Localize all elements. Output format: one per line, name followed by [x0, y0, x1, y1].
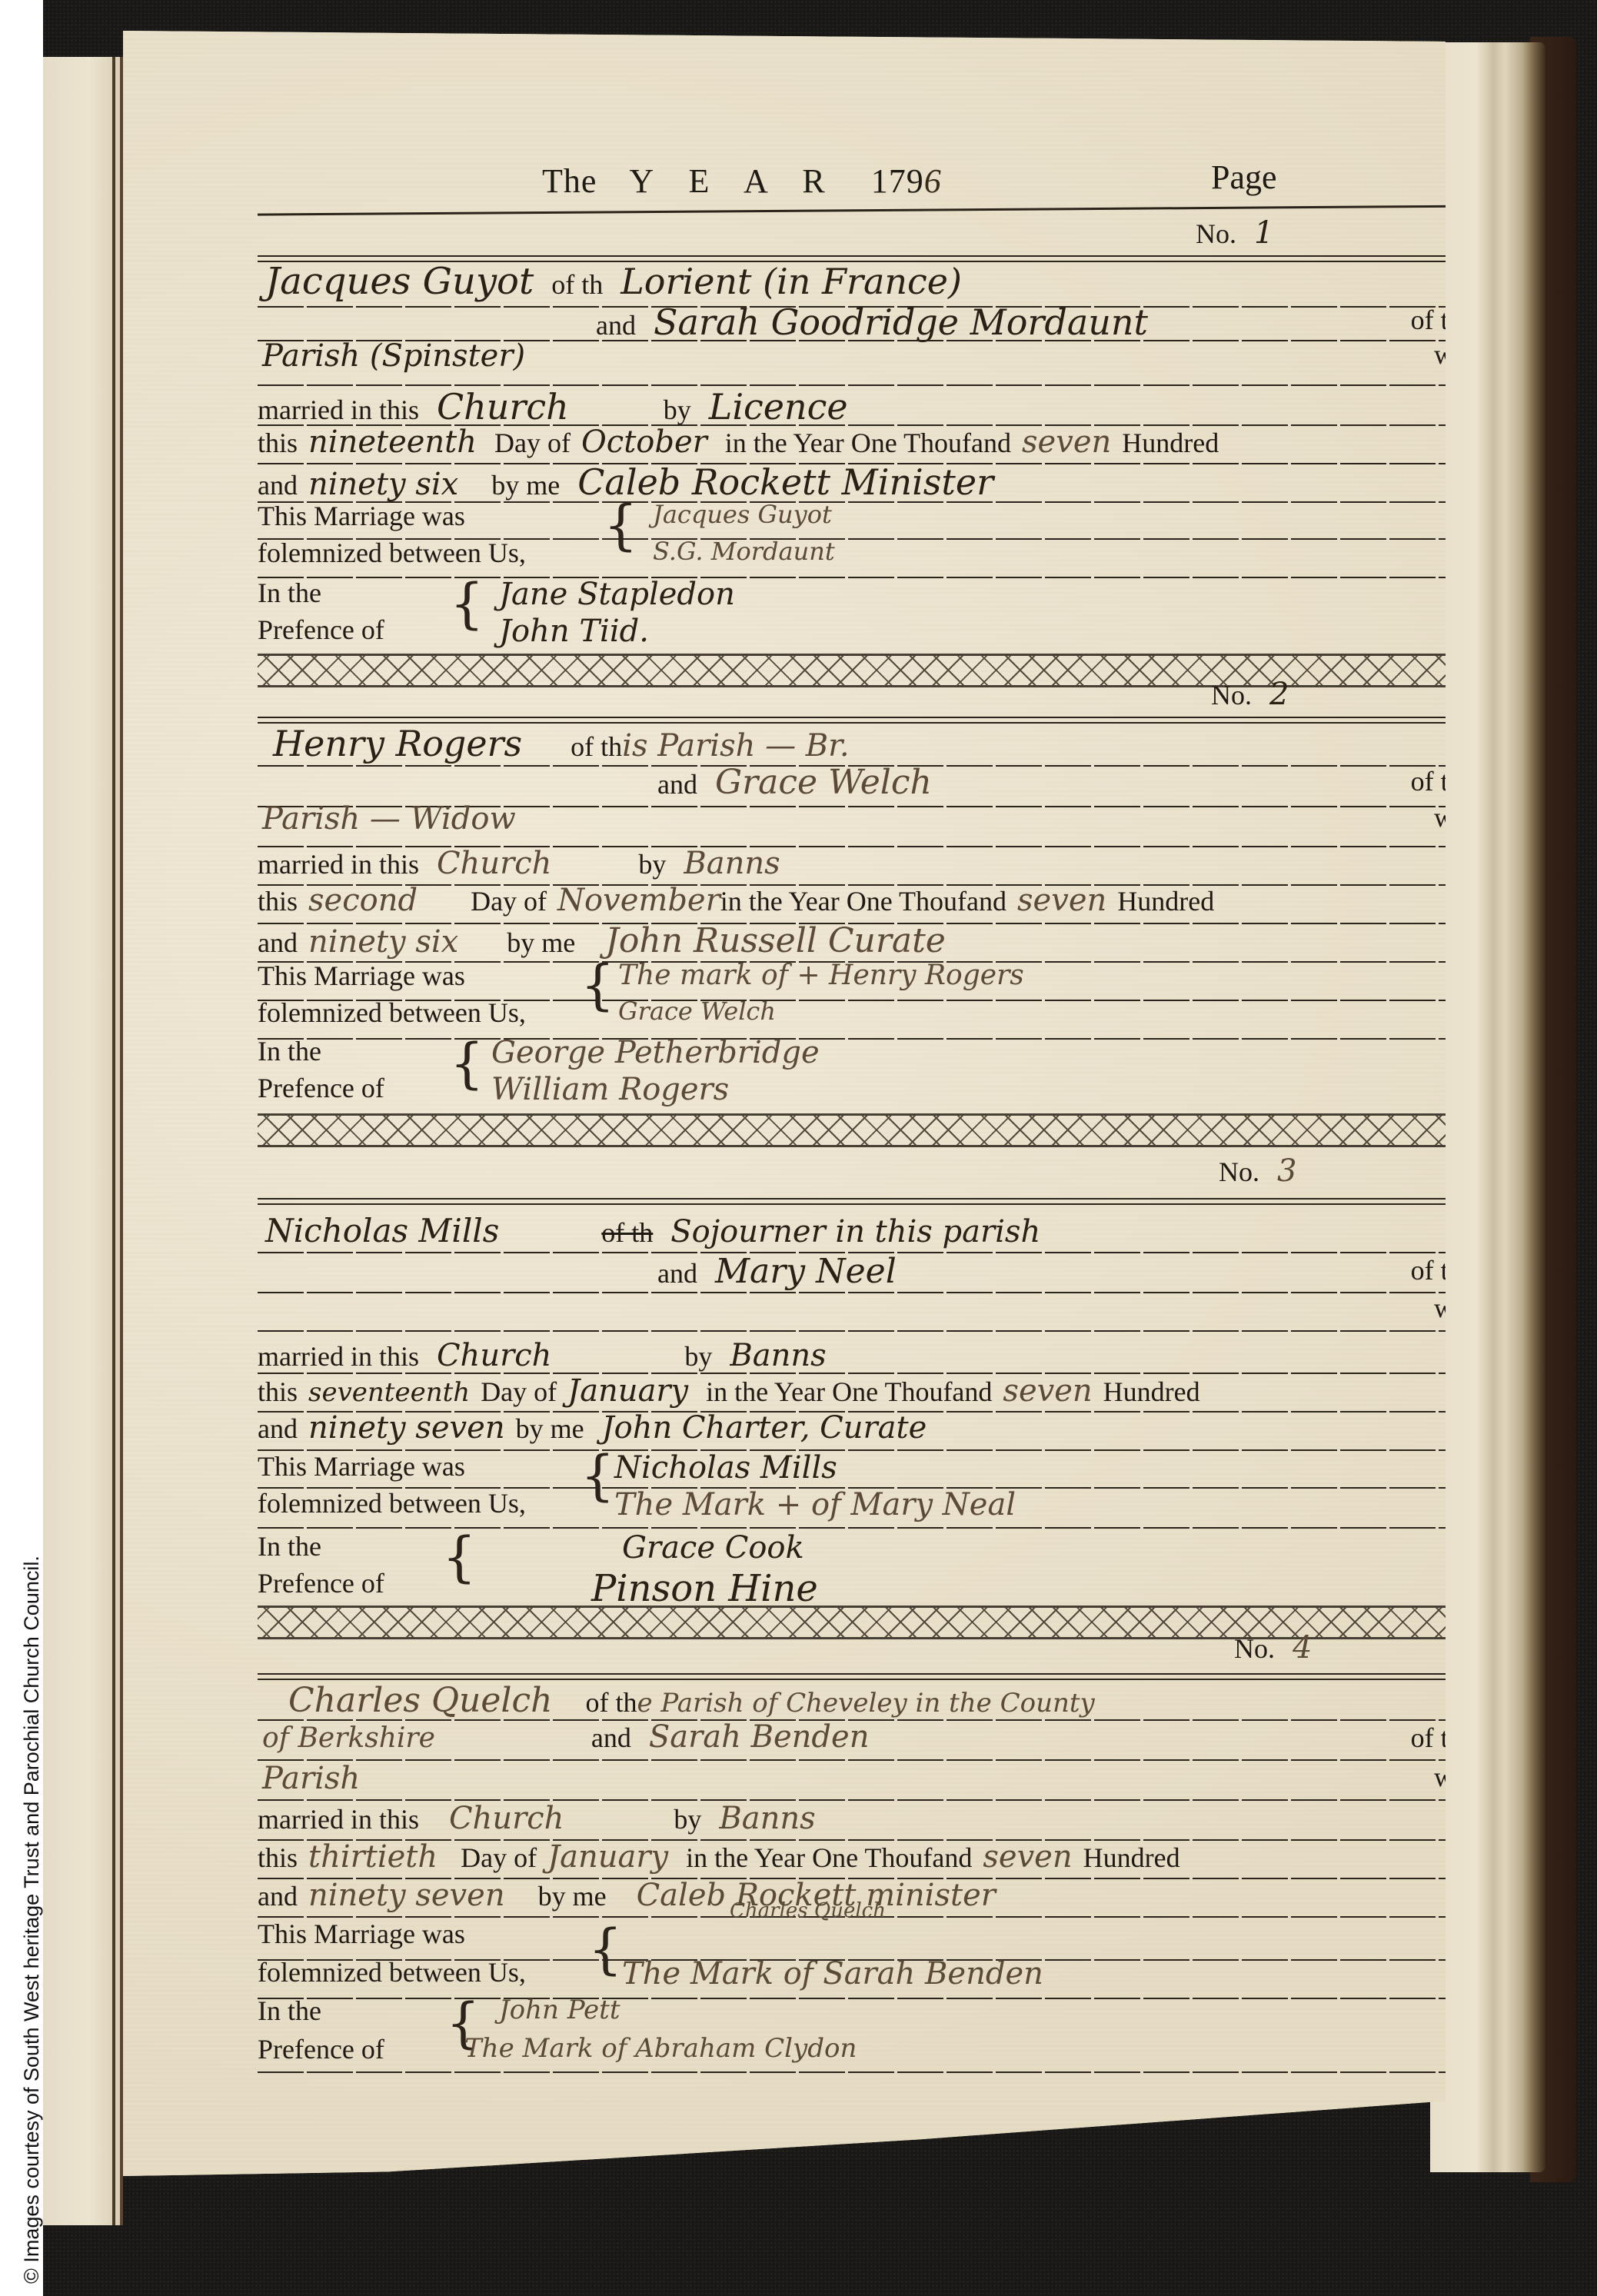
signature-line-1: This Marriage was Nicholas Mills [258, 1450, 1496, 1482]
register-page: The Y E A R 1796 Page No. 1 Jacques Guyo… [123, 31, 1446, 2176]
place-line: married in this Church by Banns [258, 1801, 1496, 1836]
signature-2: S.G. Mordaunt [653, 537, 835, 566]
signature-line-1: This Marriage was Charles Quelch [258, 1918, 1496, 1950]
by-method: Banns [719, 1801, 815, 1836]
bride-name: Grace Welch [715, 763, 932, 802]
signature-line-2: folemnized between Us, S.G. Mordaunt [258, 537, 1496, 569]
century: seven [1003, 1373, 1092, 1409]
signature-2: The Mark + of Mary Neal [614, 1487, 1016, 1522]
officiant-line: andninety six by me Caleb Rockett Minist… [258, 461, 1496, 503]
witness-line-1: In the John Pett [258, 1995, 1496, 2027]
witness-2: William Rogers [491, 1072, 729, 1107]
groom-line: Charles Quelch of the Parish of Cheveley… [258, 1681, 1496, 1720]
month: October [581, 424, 707, 460]
witness-1: George Petherbridge [491, 1035, 820, 1070]
officiant: John Russell Curate [605, 921, 946, 960]
groom-county: of Berkshire [262, 1722, 435, 1754]
witness-2: Pinson Hine [591, 1567, 818, 1610]
groom-parish: Lorient (in France) [621, 261, 962, 302]
signature-2: The Mark of Sarah Benden [622, 1956, 1043, 1992]
date-line: thisnineteenth Day ofOctober in the Year… [258, 424, 1496, 460]
signature-line-2: folemnized between Us, The Mark of Sarah… [258, 1956, 1496, 1988]
header-year-hand: 6 [924, 162, 942, 200]
ornamental-divider [258, 654, 1496, 687]
bride-line: and Sarah Goodridge Mordaunt of this [258, 301, 1496, 343]
month: January [567, 1373, 688, 1409]
witness-line-2: Prefence of The Mark of Abraham Clydon [258, 2033, 1496, 2065]
entry-number: No. 4 [1234, 1630, 1323, 1665]
bride-parish-line: were [258, 1292, 1496, 1327]
place-line: married in this Church by Banns [258, 846, 1496, 881]
header-year-printed: 179 [871, 162, 924, 200]
groom-parish: Sojourner in this parish [670, 1214, 1040, 1249]
signature-1: The mark of + Henry Rogers [618, 960, 1024, 991]
header-rule [258, 205, 1496, 215]
groom-name: Henry Rogers [273, 723, 522, 764]
officiant: Caleb Rockett Minister [577, 461, 993, 503]
year-words: ninety six [308, 467, 458, 502]
groom-name: Charles Quelch [288, 1681, 552, 1720]
day: nineteenth [308, 424, 477, 460]
groom-parish: is Parish — Br. [622, 728, 849, 764]
rule [258, 255, 1496, 257]
signature-line-1: This Marriage was Jacques Guyot [258, 500, 1496, 532]
page-label: Page [1211, 158, 1277, 197]
date-line: thisthirtiethDay ofJanuary in the Year O… [258, 1839, 1496, 1875]
witness-line-2: Prefence of William Rogers [258, 1072, 1496, 1104]
by-method: Licence [709, 386, 848, 428]
year-words: ninety seven [308, 1878, 505, 1913]
page-stack [1430, 42, 1545, 2172]
date-line: thissecond Day ofNovemberin the Year One… [258, 883, 1496, 918]
witness-2: The Mark of Abraham Clydon [464, 2033, 857, 2064]
bride-parish-line: Parish (Spinster) were [258, 338, 1496, 374]
signature-line-2: folemnized between Us, Grace Welch [258, 997, 1496, 1029]
officiant-line: andninety sevenby me John Charter, Curat… [258, 1410, 1496, 1446]
header-year-word: Y E A R [629, 162, 838, 200]
witness-line-1: In the George Petherbridge [258, 1035, 1496, 1067]
bride-parish: Parish (Spinster) [262, 338, 525, 374]
witness-1: John Pett [499, 1995, 621, 2025]
bride-line: and Mary Neel of this [258, 1252, 1496, 1291]
header-the: The [542, 162, 597, 200]
day: second [308, 883, 418, 918]
by-method: Banns [684, 846, 780, 881]
bride-name: Mary Neel [715, 1252, 897, 1291]
place-line: married in this Church by Licence [258, 386, 1496, 428]
groom-parish: e Parish of Cheveley in the County [637, 1688, 1094, 1719]
groom-name: Nicholas Mills [265, 1212, 499, 1249]
place: Church [449, 1801, 564, 1836]
bride-line: of Berkshire and Sarah Benden of this [258, 1719, 1496, 1755]
officiant-line: andninety six by me John Russell Curate [258, 921, 1496, 960]
bride-line: and Grace Welch of this [258, 763, 1496, 802]
month: November [557, 883, 720, 918]
groom-line: Henry Rogers of this Parish — Br. [258, 723, 1496, 764]
witness-1: Grace Cook [622, 1530, 804, 1566]
century: seven [1017, 883, 1106, 918]
bride-name: Sarah Goodridge Mordaunt [654, 301, 1148, 343]
witness-line-1: In the Jane Stapledon [258, 577, 1496, 609]
place-line: married in this Church by Banns [258, 1338, 1496, 1373]
officiant: John Charter, Curate [602, 1410, 927, 1446]
signature-1: Jacques Guyot [653, 500, 832, 529]
witness-1: Jane Stapledon [499, 577, 735, 612]
century: seven [1022, 424, 1111, 460]
year-words: ninety seven [308, 1410, 505, 1446]
entry-number: No. 3 [1219, 1153, 1307, 1189]
signature-2: Grace Welch [618, 997, 776, 1026]
entry-number: No. 1 [1196, 215, 1284, 251]
bride-parish: Parish [262, 1761, 360, 1796]
witness-2: John Tiid. [499, 614, 649, 649]
date-line: thisseventeenthDay ofJanuary in the Year… [258, 1373, 1496, 1409]
ornamental-divider [258, 1113, 1496, 1147]
entry-number: No. 2 [1211, 677, 1299, 712]
place: Church [437, 846, 551, 881]
witness-line-2: Prefence of Pinson Hine [258, 1567, 1496, 1599]
day: thirtieth [308, 1839, 438, 1875]
year-words: ninety six [308, 924, 458, 960]
month: January [547, 1839, 668, 1875]
groom-line: Nicholas Mills of th Sojourner in this p… [258, 1212, 1496, 1249]
groom-line: Jacques Guyot of th Lorient (in France) [258, 260, 1496, 303]
page-content: The Y E A R 1796 Page No. 1 Jacques Guyo… [258, 31, 1503, 2107]
witness-line-2: Prefence of John Tiid. [258, 614, 1496, 646]
by-method: Banns [730, 1338, 826, 1373]
signature-1: Charles Quelch [730, 1899, 886, 1922]
century: seven [983, 1839, 1072, 1875]
bride-parish: Parish — Widow [262, 801, 516, 837]
left-page-edges [43, 57, 123, 2225]
bride-parish-line: Parish were [258, 1761, 1496, 1796]
place: Church [437, 386, 569, 428]
groom-name: Jacques Guyot [265, 260, 534, 303]
day: seventeenth [308, 1377, 470, 1408]
page-header: The Y E A R 1796 [542, 161, 942, 201]
signature-line-2: folemnized between Us, The Mark + of Mar… [258, 1487, 1496, 1519]
signature-1: Nicholas Mills [614, 1450, 837, 1486]
bride-parish-line: Parish — Widow were [258, 801, 1496, 837]
bride-name: Sarah Benden [649, 1719, 870, 1755]
image-credit: © Images courtesy of South West heritage… [22, 1556, 42, 2284]
signature-line-1: This Marriage was The mark of + Henry Ro… [258, 960, 1496, 992]
place: Church [437, 1338, 551, 1373]
